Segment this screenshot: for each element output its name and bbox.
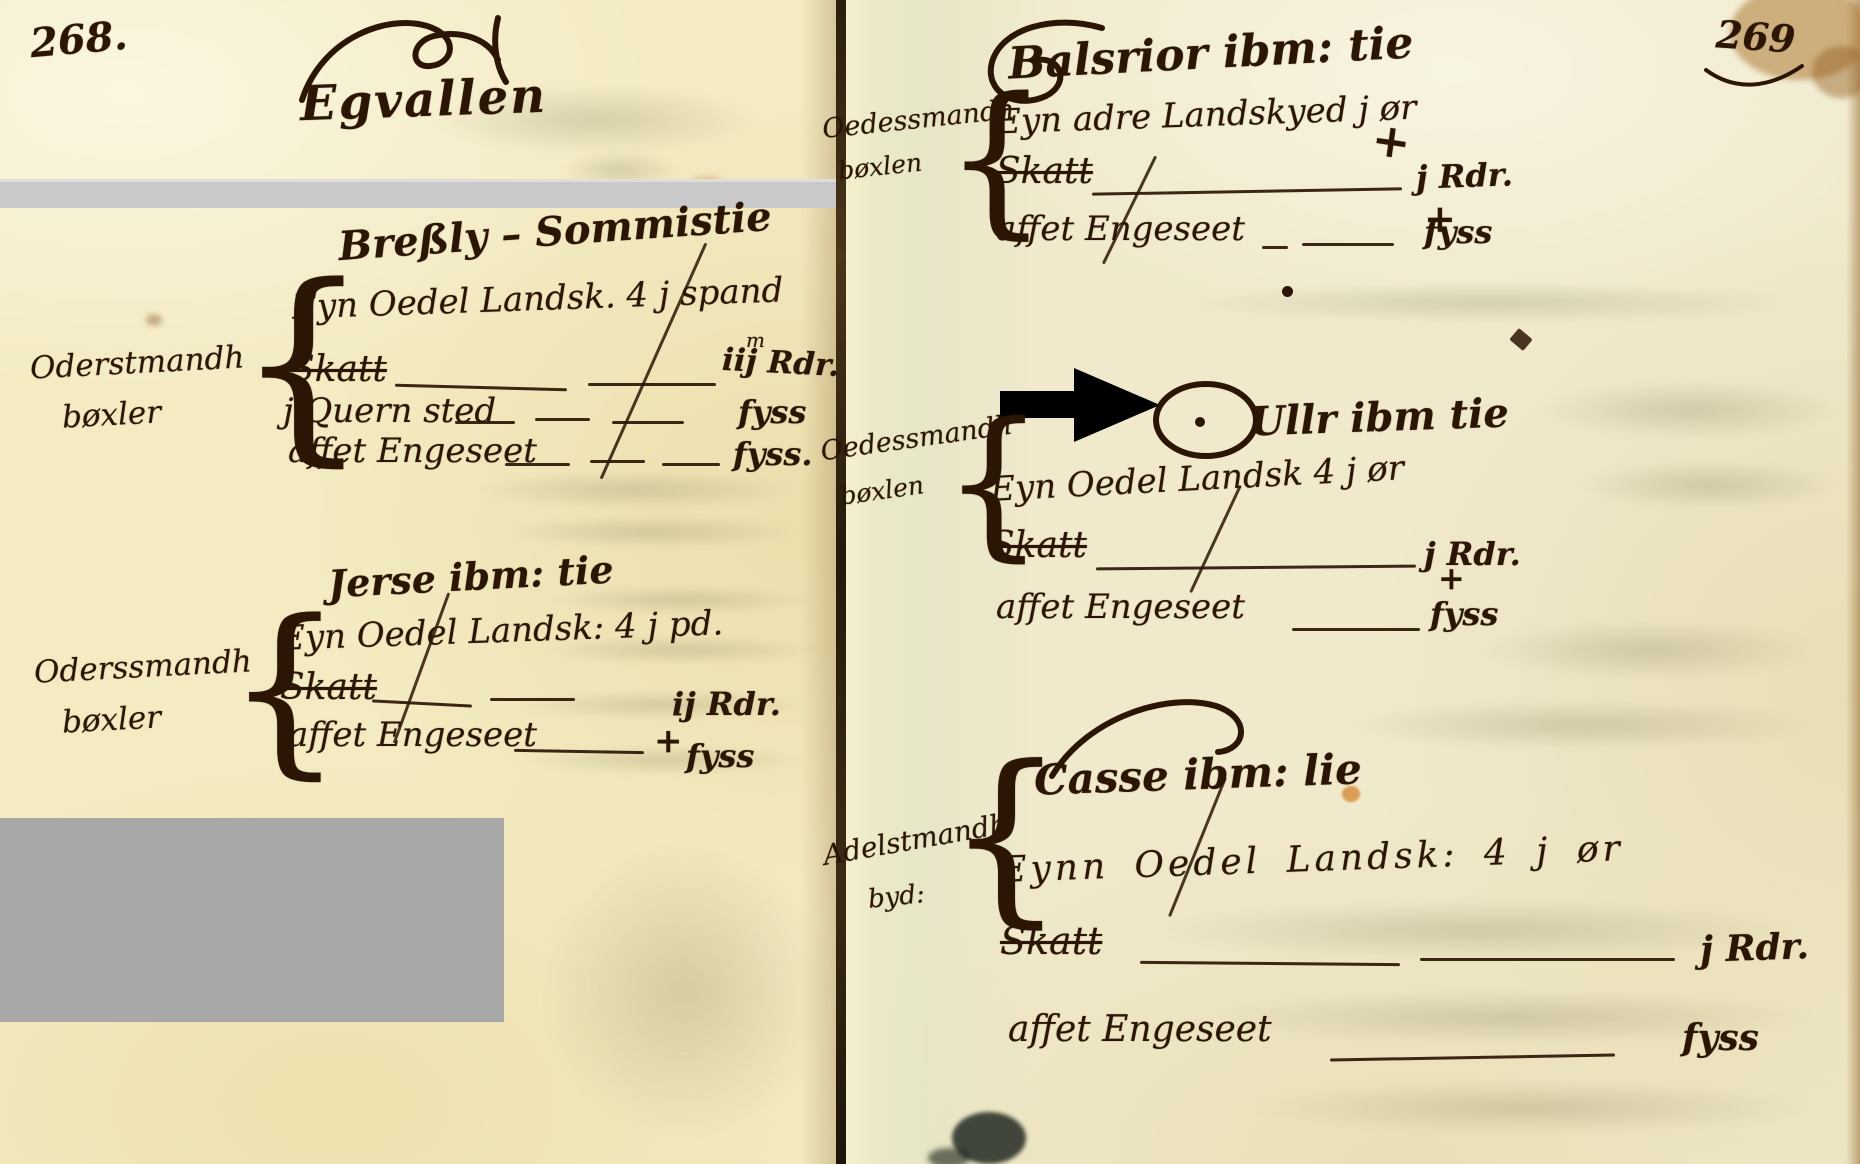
rule-dash — [490, 698, 575, 701]
rule-dash — [455, 421, 515, 424]
entry-row-value: fyss — [1424, 216, 1492, 248]
entry-row-label: affet Engeseet — [288, 434, 537, 468]
bleedthrough-smudge — [1480, 620, 1820, 680]
entry-row-value: fyss — [738, 396, 806, 428]
entry-row-label: affet Engeseet — [288, 718, 537, 752]
arrow-head-icon — [1074, 368, 1160, 442]
entry-title: Ullr ibm tie — [1249, 393, 1509, 442]
bleedthrough-smudge — [470, 470, 800, 510]
rule-dash — [505, 463, 570, 466]
rule-dash — [535, 418, 590, 421]
margin-label: byd: — [867, 881, 926, 913]
entry-row-label: Skatt — [996, 154, 1093, 190]
entry-row-value: j Rdr. — [1415, 158, 1513, 193]
page-number-flourish — [1700, 58, 1810, 98]
right-page-number: 269 — [1715, 15, 1797, 58]
rule-dash — [1420, 958, 1675, 961]
bleedthrough-smudge — [1340, 700, 1820, 750]
scan-artifact-block — [0, 818, 504, 1022]
manuscript-scan: 268. Egvallen Breßly – Sommistie Oderstm… — [0, 0, 1860, 1164]
entry-row-label: affet Engeseet — [1008, 1012, 1272, 1048]
entry-row-label: Skatt — [1000, 922, 1102, 960]
entry-row-value: fyss. — [733, 438, 813, 470]
cross-mark: + — [1438, 562, 1465, 594]
rule-dash — [1302, 243, 1394, 246]
bleedthrough-smudge — [1580, 460, 1840, 510]
ink-blot — [928, 1148, 970, 1164]
rule-dash — [662, 463, 720, 466]
bleedthrough-smudge — [1180, 282, 1800, 324]
entry-row-label: affet Engeseet — [996, 590, 1245, 624]
entry-row-label: Skatt — [290, 352, 387, 388]
entry-row-label: Skatt — [280, 670, 377, 706]
rule-dash — [588, 383, 716, 386]
bleedthrough-smudge — [540, 840, 830, 1140]
stain — [146, 314, 162, 326]
entry-row-value: j Rdr. — [1699, 928, 1809, 968]
left-page-number: 268. — [28, 16, 129, 64]
margin-label: bøxler — [61, 397, 162, 433]
cross-mark: + — [654, 724, 683, 758]
bleedthrough-smudge — [500, 515, 800, 549]
margin-label: bøxler — [61, 702, 162, 738]
left-page-heading: Egvallen — [299, 72, 548, 129]
entry-title: Casse ibm: lie — [1033, 748, 1362, 801]
entry-row-value: ij Rdr. — [672, 688, 781, 720]
bleedthrough-smudge — [1250, 1080, 1810, 1135]
cross-mark: + — [1369, 116, 1414, 167]
right-page-edge — [1846, 0, 1860, 1164]
entry-row-value: iij Rdr. — [721, 345, 840, 382]
rule-dash — [1292, 628, 1420, 631]
rule-dash — [590, 460, 645, 463]
entry-row-value: fyss — [1682, 1020, 1759, 1056]
title-flourish — [1150, 378, 1265, 463]
entry-brace: { — [946, 742, 1066, 930]
ink-dot — [1282, 286, 1293, 297]
rule-dash — [612, 421, 684, 424]
entry-row-value: fyss — [686, 740, 754, 772]
bleedthrough-smudge — [1540, 380, 1840, 440]
entry-row-value: fyss — [1430, 598, 1498, 630]
entry-row-label: Skatt — [990, 528, 1087, 564]
rule-dash — [1262, 246, 1288, 249]
